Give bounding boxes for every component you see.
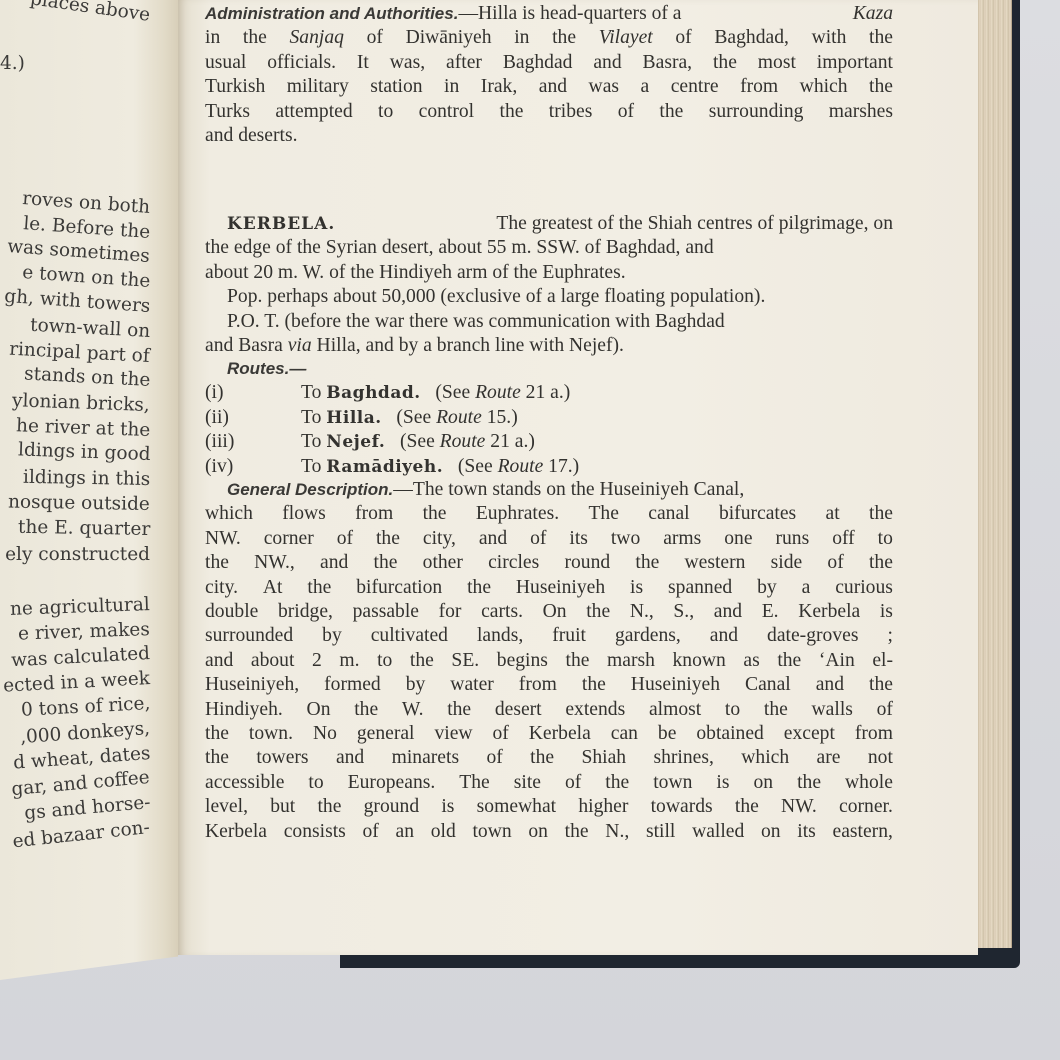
word: carts. — [481, 600, 523, 624]
word: round — [564, 551, 610, 575]
text-span: and Basra — [205, 335, 288, 356]
text-span: of Diwāniyeh in the — [344, 27, 599, 48]
word: the — [205, 551, 229, 575]
word: from — [355, 502, 393, 526]
word: by — [406, 673, 426, 697]
word: at — [826, 502, 840, 526]
left-page-line: 4.) — [0, 52, 25, 76]
word: is — [630, 576, 643, 600]
word: corner. — [839, 795, 893, 819]
word: higher — [578, 795, 628, 819]
text-line: KERBELA. The greatest of the Shiah centr… — [205, 212, 893, 236]
word: Kerbela — [205, 820, 267, 844]
route-number: (iv) — [205, 455, 295, 479]
word: Huseiniyeh, — [205, 673, 299, 697]
word: Huseiniyeh — [516, 576, 605, 600]
text-line: surroundedbycultivatedlands,fruitgardens… — [205, 624, 893, 648]
word: On — [307, 698, 331, 722]
word: off — [832, 527, 855, 551]
word: formed — [324, 673, 381, 697]
word: lands, — [477, 624, 523, 648]
word: the — [565, 820, 589, 844]
word: is — [441, 795, 454, 819]
text-span: —The town stands on the Huseiniyeh Canal… — [393, 479, 744, 500]
word: and — [205, 649, 233, 673]
route-label: Route — [498, 456, 544, 477]
word: town — [472, 820, 511, 844]
text-line: Huseiniyeh,formedbywaterfromtheHuseiniye… — [205, 673, 893, 697]
page-block-edge — [975, 0, 1012, 948]
word: Europeans. — [348, 771, 436, 795]
word: and — [714, 600, 742, 624]
word: consists — [284, 820, 346, 844]
word: circles — [488, 551, 539, 575]
word: by — [757, 576, 777, 600]
route-destination: Baghdad. — [326, 383, 420, 403]
word: the — [317, 795, 341, 819]
route-item: (ii)To Hilla. (See Route 15.) — [205, 406, 893, 430]
word: and — [336, 746, 364, 770]
word: bridge, — [278, 600, 333, 624]
word: the — [735, 795, 759, 819]
word: view — [434, 722, 472, 746]
word: No — [313, 722, 337, 746]
population-line: Pop. perhaps about 50,000 (exclusive of … — [205, 285, 893, 309]
routes-list: (i)To Baghdad. (See Route 21 a.)(ii)To H… — [205, 381, 893, 479]
word: ground — [364, 795, 420, 819]
post-office-line: P.O. T. (before the war there was commun… — [205, 310, 893, 334]
route-item: (iii)To Nejef. (See Route 21 a.) — [205, 430, 893, 454]
route-item: (i)To Baghdad. (See Route 21 a.) — [205, 381, 893, 405]
word: passable — [353, 600, 419, 624]
word: date-groves — [767, 624, 858, 648]
word: obtained — [696, 722, 763, 746]
left-page-line: ldings in good — [17, 438, 150, 467]
word: side — [771, 551, 803, 575]
spacer — [421, 382, 436, 403]
word: the — [205, 722, 229, 746]
word: double — [205, 600, 258, 624]
word: the — [605, 771, 629, 795]
word: el- — [872, 649, 893, 673]
word: gardens, — [615, 624, 681, 648]
text-line: theNW.,andtheothercirclesroundthewestern… — [205, 551, 893, 575]
word: the — [764, 698, 788, 722]
route-reference: 15.) — [482, 407, 518, 428]
word: from — [855, 722, 893, 746]
word: shrines, — [653, 746, 713, 770]
word: of — [565, 771, 581, 795]
left-page-line: ely constructed — [5, 543, 150, 567]
word: the — [423, 502, 447, 526]
word: its — [797, 820, 816, 844]
left-page-line: nosque outside — [8, 491, 150, 518]
word: the — [582, 673, 606, 697]
word: NW. — [781, 795, 817, 819]
administration-section: Administration and Authorities.—Hilla is… — [205, 2, 893, 148]
word: Euphrates. — [476, 502, 559, 526]
text-line: thetown.NogeneralviewofKerbelacanbeobtai… — [205, 722, 893, 746]
text-span: the edge of the Syrian desert, about 55 … — [205, 236, 714, 260]
route-label: Route — [475, 382, 521, 403]
text-span: via — [288, 335, 312, 356]
word: general — [357, 722, 415, 746]
word: The — [459, 771, 489, 795]
text-span: To — [301, 456, 326, 477]
word: its — [569, 527, 588, 551]
word: curious — [835, 576, 893, 600]
section-heading: General Description. — [227, 480, 393, 499]
word: marsh — [607, 649, 655, 673]
section-heading: Administration and Authorities. — [205, 4, 458, 23]
routes-section: Routes.— (i)To Baghdad. (See Route 21 a.… — [205, 357, 893, 479]
text-line: level,butthegroundissomewhathighertoward… — [205, 795, 893, 819]
word: of — [486, 746, 502, 770]
word: on — [528, 820, 548, 844]
text-span: and deserts. — [205, 125, 298, 146]
route-number: (ii) — [205, 406, 295, 430]
word: ‘Ain — [819, 649, 855, 673]
text-line: Turks attempted to control the tribes of… — [205, 100, 893, 124]
word: about — [251, 649, 295, 673]
word: the — [354, 698, 378, 722]
word: can — [611, 722, 638, 746]
word: town. — [249, 722, 293, 746]
text-span: P.O. T. (before the war there was commun… — [227, 311, 725, 332]
word: arms — [663, 527, 701, 551]
left-page-line: the E. quarter — [17, 516, 150, 543]
text-span: usual officials. It was, after Baghdad a… — [205, 52, 893, 73]
word: Kerbela — [529, 722, 591, 746]
left-page-line: stands on the — [23, 362, 150, 393]
spacer — [385, 431, 400, 452]
text-span: Turkish military station in Irak, and wa… — [205, 76, 893, 97]
word: two — [611, 527, 640, 551]
word: ; — [887, 624, 892, 648]
spacer — [382, 407, 397, 428]
word: of — [827, 551, 843, 575]
word: SE. — [451, 649, 479, 673]
word: walled — [692, 820, 744, 844]
word: other — [423, 551, 463, 575]
word: not — [868, 746, 893, 770]
word: accessible — [205, 771, 284, 795]
word: canal — [648, 502, 689, 526]
general-description-section: General Description.—The town stands on … — [205, 478, 893, 844]
word: NW. — [205, 527, 241, 551]
word: which — [205, 502, 253, 526]
text-span: To — [301, 382, 326, 403]
word: the — [869, 502, 893, 526]
text-line: about 20 m. W. of the Hindiyeh arm of th… — [205, 261, 893, 285]
text-line: KerbelaconsistsofanoldtownontheN.,stillw… — [205, 820, 893, 844]
text-line: and deserts. — [205, 124, 893, 148]
word: an — [396, 820, 415, 844]
route-number: (i) — [205, 381, 295, 405]
word: spanned — [668, 576, 732, 600]
word: W. — [402, 698, 424, 722]
word: E. — [762, 600, 779, 624]
word: the — [586, 600, 610, 624]
spacer — [443, 456, 458, 477]
text-line: General Description.—The town stands on … — [205, 478, 893, 502]
word: eastern, — [833, 820, 893, 844]
word: extends — [565, 698, 625, 722]
word: the — [530, 746, 554, 770]
word: except — [784, 722, 835, 746]
word: walls — [812, 698, 853, 722]
route-label: Route — [440, 431, 486, 452]
word: towards — [651, 795, 713, 819]
left-page-line: ildings in this — [23, 466, 151, 493]
route-number: (iii) — [205, 430, 295, 454]
word: old — [431, 820, 456, 844]
text-line: Turkish military station in Irak, and wa… — [205, 75, 893, 99]
left-page: places above4.)roves on bothle. Before t… — [0, 0, 178, 980]
section-heading: Routes.— — [227, 359, 306, 378]
route-label: Route — [436, 407, 482, 428]
word: which — [741, 746, 789, 770]
word: the — [566, 649, 590, 673]
word: of — [362, 820, 378, 844]
word: by — [322, 624, 342, 648]
word: desert — [495, 698, 542, 722]
word: m. — [339, 649, 359, 673]
text-span: (See — [400, 431, 440, 452]
word: somewhat — [477, 795, 556, 819]
word: of — [337, 527, 353, 551]
word: is — [716, 771, 729, 795]
text-line: accessibletoEuropeans.Thesiteofthetownis… — [205, 771, 893, 795]
word: the — [869, 551, 893, 575]
word: The — [588, 502, 618, 526]
text-line: the edge of the Syrian desert, about 55 … — [205, 236, 893, 260]
word: towers — [256, 746, 308, 770]
word: begins — [497, 649, 548, 673]
word: the — [777, 649, 801, 673]
word: still — [646, 820, 675, 844]
word: from — [519, 673, 557, 697]
word: the — [635, 551, 659, 575]
word: S., — [673, 600, 694, 624]
word: N., — [630, 600, 654, 624]
word: flows — [282, 502, 326, 526]
text-line: doublebridge,passableforcarts.OntheN.,S.… — [205, 600, 893, 624]
word: the — [205, 746, 229, 770]
text-span: (See — [458, 456, 498, 477]
word: city. — [205, 576, 238, 600]
text-span: To — [301, 431, 326, 452]
word: of — [530, 527, 546, 551]
route-destination: Ramādiyeh. — [326, 457, 443, 477]
word: to — [878, 527, 893, 551]
word: city, — [423, 527, 456, 551]
word: the — [797, 771, 821, 795]
word: the — [374, 551, 398, 575]
word: be — [658, 722, 677, 746]
text-line: and Basra via Hilla, and by a branch lin… — [205, 334, 893, 358]
word: NW., — [254, 551, 295, 575]
word: the — [467, 576, 491, 600]
word: to — [308, 771, 323, 795]
route-reference: 21 a.) — [521, 382, 571, 403]
text-span: in the — [205, 27, 290, 48]
word: water — [450, 673, 494, 697]
text-line: Administration and Authorities.—Hilla is… — [205, 2, 893, 26]
word: known — [672, 649, 725, 673]
word: Kerbela — [798, 600, 860, 624]
word: almost — [649, 698, 701, 722]
word: the — [447, 698, 471, 722]
routes-heading-line: Routes.— — [205, 357, 893, 381]
word: and — [479, 527, 507, 551]
word: 2 — [312, 649, 322, 673]
word: N., — [605, 820, 629, 844]
word: as — [743, 649, 759, 673]
text-span: (See — [396, 407, 436, 428]
word: western — [685, 551, 746, 575]
word: site — [514, 771, 541, 795]
route-item: (iv)To Ramādiyeh. (See Route 17.) — [205, 455, 893, 479]
text-span: Turks attempted to control the tribes of… — [205, 101, 893, 122]
word: the — [410, 649, 434, 673]
italic-term: Vilayet — [599, 27, 653, 48]
word: whole — [845, 771, 893, 795]
word: to — [377, 649, 392, 673]
text-line: city.AtthebifurcationtheHuseiniyehisspan… — [205, 576, 893, 600]
word: the — [376, 527, 400, 551]
text-span: To — [301, 407, 326, 428]
word: of — [493, 722, 509, 746]
word: Huseiniyeh — [631, 673, 720, 697]
entry-title: KERBELA. — [227, 212, 335, 236]
word: and — [816, 673, 844, 697]
word: is — [880, 600, 893, 624]
text-line: thetowersandminaretsoftheShiahshrines,wh… — [205, 746, 893, 770]
word: one — [724, 527, 752, 551]
word: cultivated — [371, 624, 448, 648]
word: on — [754, 771, 774, 795]
kerbela-entry: KERBELA. The greatest of the Shiah centr… — [205, 212, 893, 358]
route-destination: Hilla. — [326, 408, 381, 428]
word: to — [725, 698, 740, 722]
italic-term: Sanjaq — [290, 27, 344, 48]
word: but — [270, 795, 295, 819]
text-span: of Baghdad, with the — [653, 27, 893, 48]
word: of — [877, 698, 893, 722]
route-destination: Nejef. — [326, 432, 385, 452]
text-line: andabout2m.totheSE.beginsthemarshknownas… — [205, 649, 893, 673]
text-line: usual officials. It was, after Baghdad a… — [205, 51, 893, 75]
text-line: Hindiyeh.OntheW.thedesertextendsalmostto… — [205, 698, 893, 722]
word: At — [263, 576, 283, 600]
word: minarets — [392, 746, 459, 770]
word: On — [543, 600, 567, 624]
word: a — [802, 576, 811, 600]
text-line: whichflowsfromtheEuphrates.Thecanalbifur… — [205, 502, 893, 526]
word: the — [307, 576, 331, 600]
word: are — [817, 746, 841, 770]
word: Hindiyeh. — [205, 698, 283, 722]
word: bifurcation — [356, 576, 442, 600]
text-span: Pop. perhaps about 50,000 (exclusive of … — [227, 286, 765, 307]
text-span: Hilla, and by a branch line with Nejef). — [312, 335, 624, 356]
text-line: in the Sanjaq of Diwāniyeh in the Vilaye… — [205, 26, 893, 50]
left-page-line: places above — [29, 0, 152, 28]
word: corner — [264, 527, 314, 551]
word: for — [439, 600, 462, 624]
text-span: about 20 m. W. of the Hindiyeh arm of th… — [205, 262, 626, 283]
word: surrounded — [205, 624, 293, 648]
route-reference: 21 a.) — [485, 431, 535, 452]
word: the — [869, 673, 893, 697]
word: town — [653, 771, 692, 795]
word: Canal — [745, 673, 791, 697]
text-line: NW.cornerofthecity,andofitstwoarmsonerun… — [205, 527, 893, 551]
word: on — [761, 820, 781, 844]
text-line: The greatest of the Shiah centres of pil… — [496, 212, 893, 236]
word: fruit — [552, 624, 586, 648]
route-reference: 17.) — [543, 456, 579, 477]
word: Shiah — [581, 746, 626, 770]
word: and — [320, 551, 348, 575]
text-span: (See — [435, 382, 475, 403]
text-span: in the Sanjaq of Diwāniyeh in the Vilaye… — [205, 27, 893, 48]
word: level, — [205, 795, 248, 819]
word: and — [710, 624, 738, 648]
word: bifurcates — [719, 502, 796, 526]
word: runs — [775, 527, 809, 551]
